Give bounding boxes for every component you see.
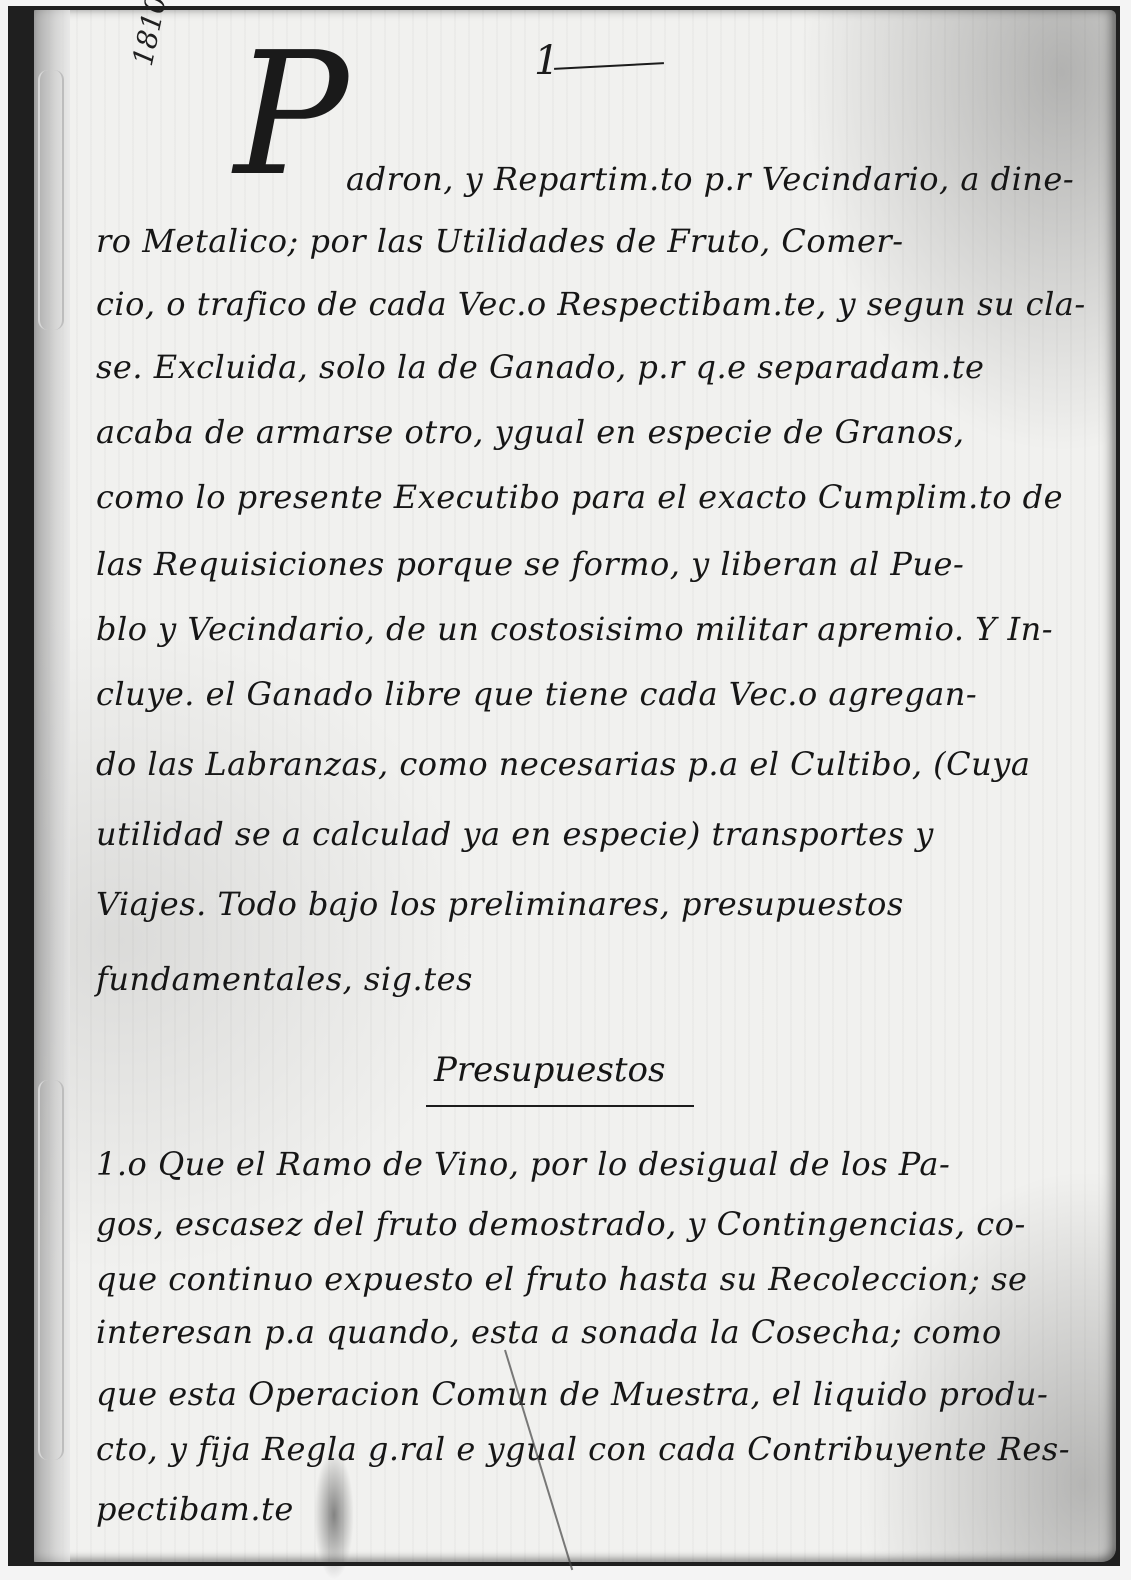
body-line: cio, o trafico de cada Vec.o Respectibam…: [96, 285, 1086, 323]
body-line: acaba de armarse otro, ygual en especie …: [96, 413, 964, 451]
section-line: 1.o Que el Ramo de Vino, por lo desigual…: [96, 1145, 950, 1183]
body-line: do las Labranzas, como necesarias p.a el…: [96, 745, 1030, 783]
ink-stain: [314, 1450, 354, 1580]
body-line: fundamentales, sig.tes: [96, 960, 473, 998]
section-line: cto, y fija Regla g.ral e ygual con cada…: [96, 1430, 1070, 1468]
section-line: que continuo expuesto el fruto hasta su …: [96, 1260, 1027, 1298]
binding-thread: [38, 70, 64, 330]
section-line: pectibam.te: [96, 1490, 294, 1528]
body-line: ro Metalico; por las Utilidades de Fruto…: [96, 222, 904, 260]
margin-year-note: 1810: [126, 0, 173, 69]
folio-mark: 1: [534, 38, 559, 84]
section-line: gos, escasez del fruto demostrado, y Con…: [96, 1205, 1026, 1243]
binding-thread: [38, 1080, 64, 1460]
manuscript-page: 1810 1 P adron, y Repartim.to p.r Vecind…: [34, 10, 1116, 1562]
section-heading: Presupuestos: [434, 1050, 665, 1090]
section-line: interesan p.a quando, esta a sonada la C…: [96, 1313, 1002, 1351]
body-line: cluye. el Ganado libre que tiene cada Ve…: [96, 675, 977, 713]
body-line: se. Excluida, solo la de Ganado, p.r q.e…: [96, 348, 984, 386]
decorated-initial: P: [234, 30, 348, 200]
body-line: adron, y Repartim.to p.r Vecindario, a d…: [346, 160, 1074, 198]
section-line: que esta Operacion Comun de Muestra, el …: [96, 1375, 1048, 1413]
body-line: Viajes. Todo bajo los preliminares, pres…: [96, 885, 904, 923]
heading-underline: [426, 1105, 694, 1107]
body-line: utilidad se a calculad ya en especie) tr…: [96, 815, 934, 853]
body-line: las Requisiciones porque se formo, y lib…: [96, 545, 964, 583]
body-line: blo y Vecindario, de un costosisimo mili…: [96, 610, 1053, 648]
body-line: como lo presente Executibo para el exact…: [96, 478, 1063, 516]
folio-flourish: [554, 62, 664, 70]
